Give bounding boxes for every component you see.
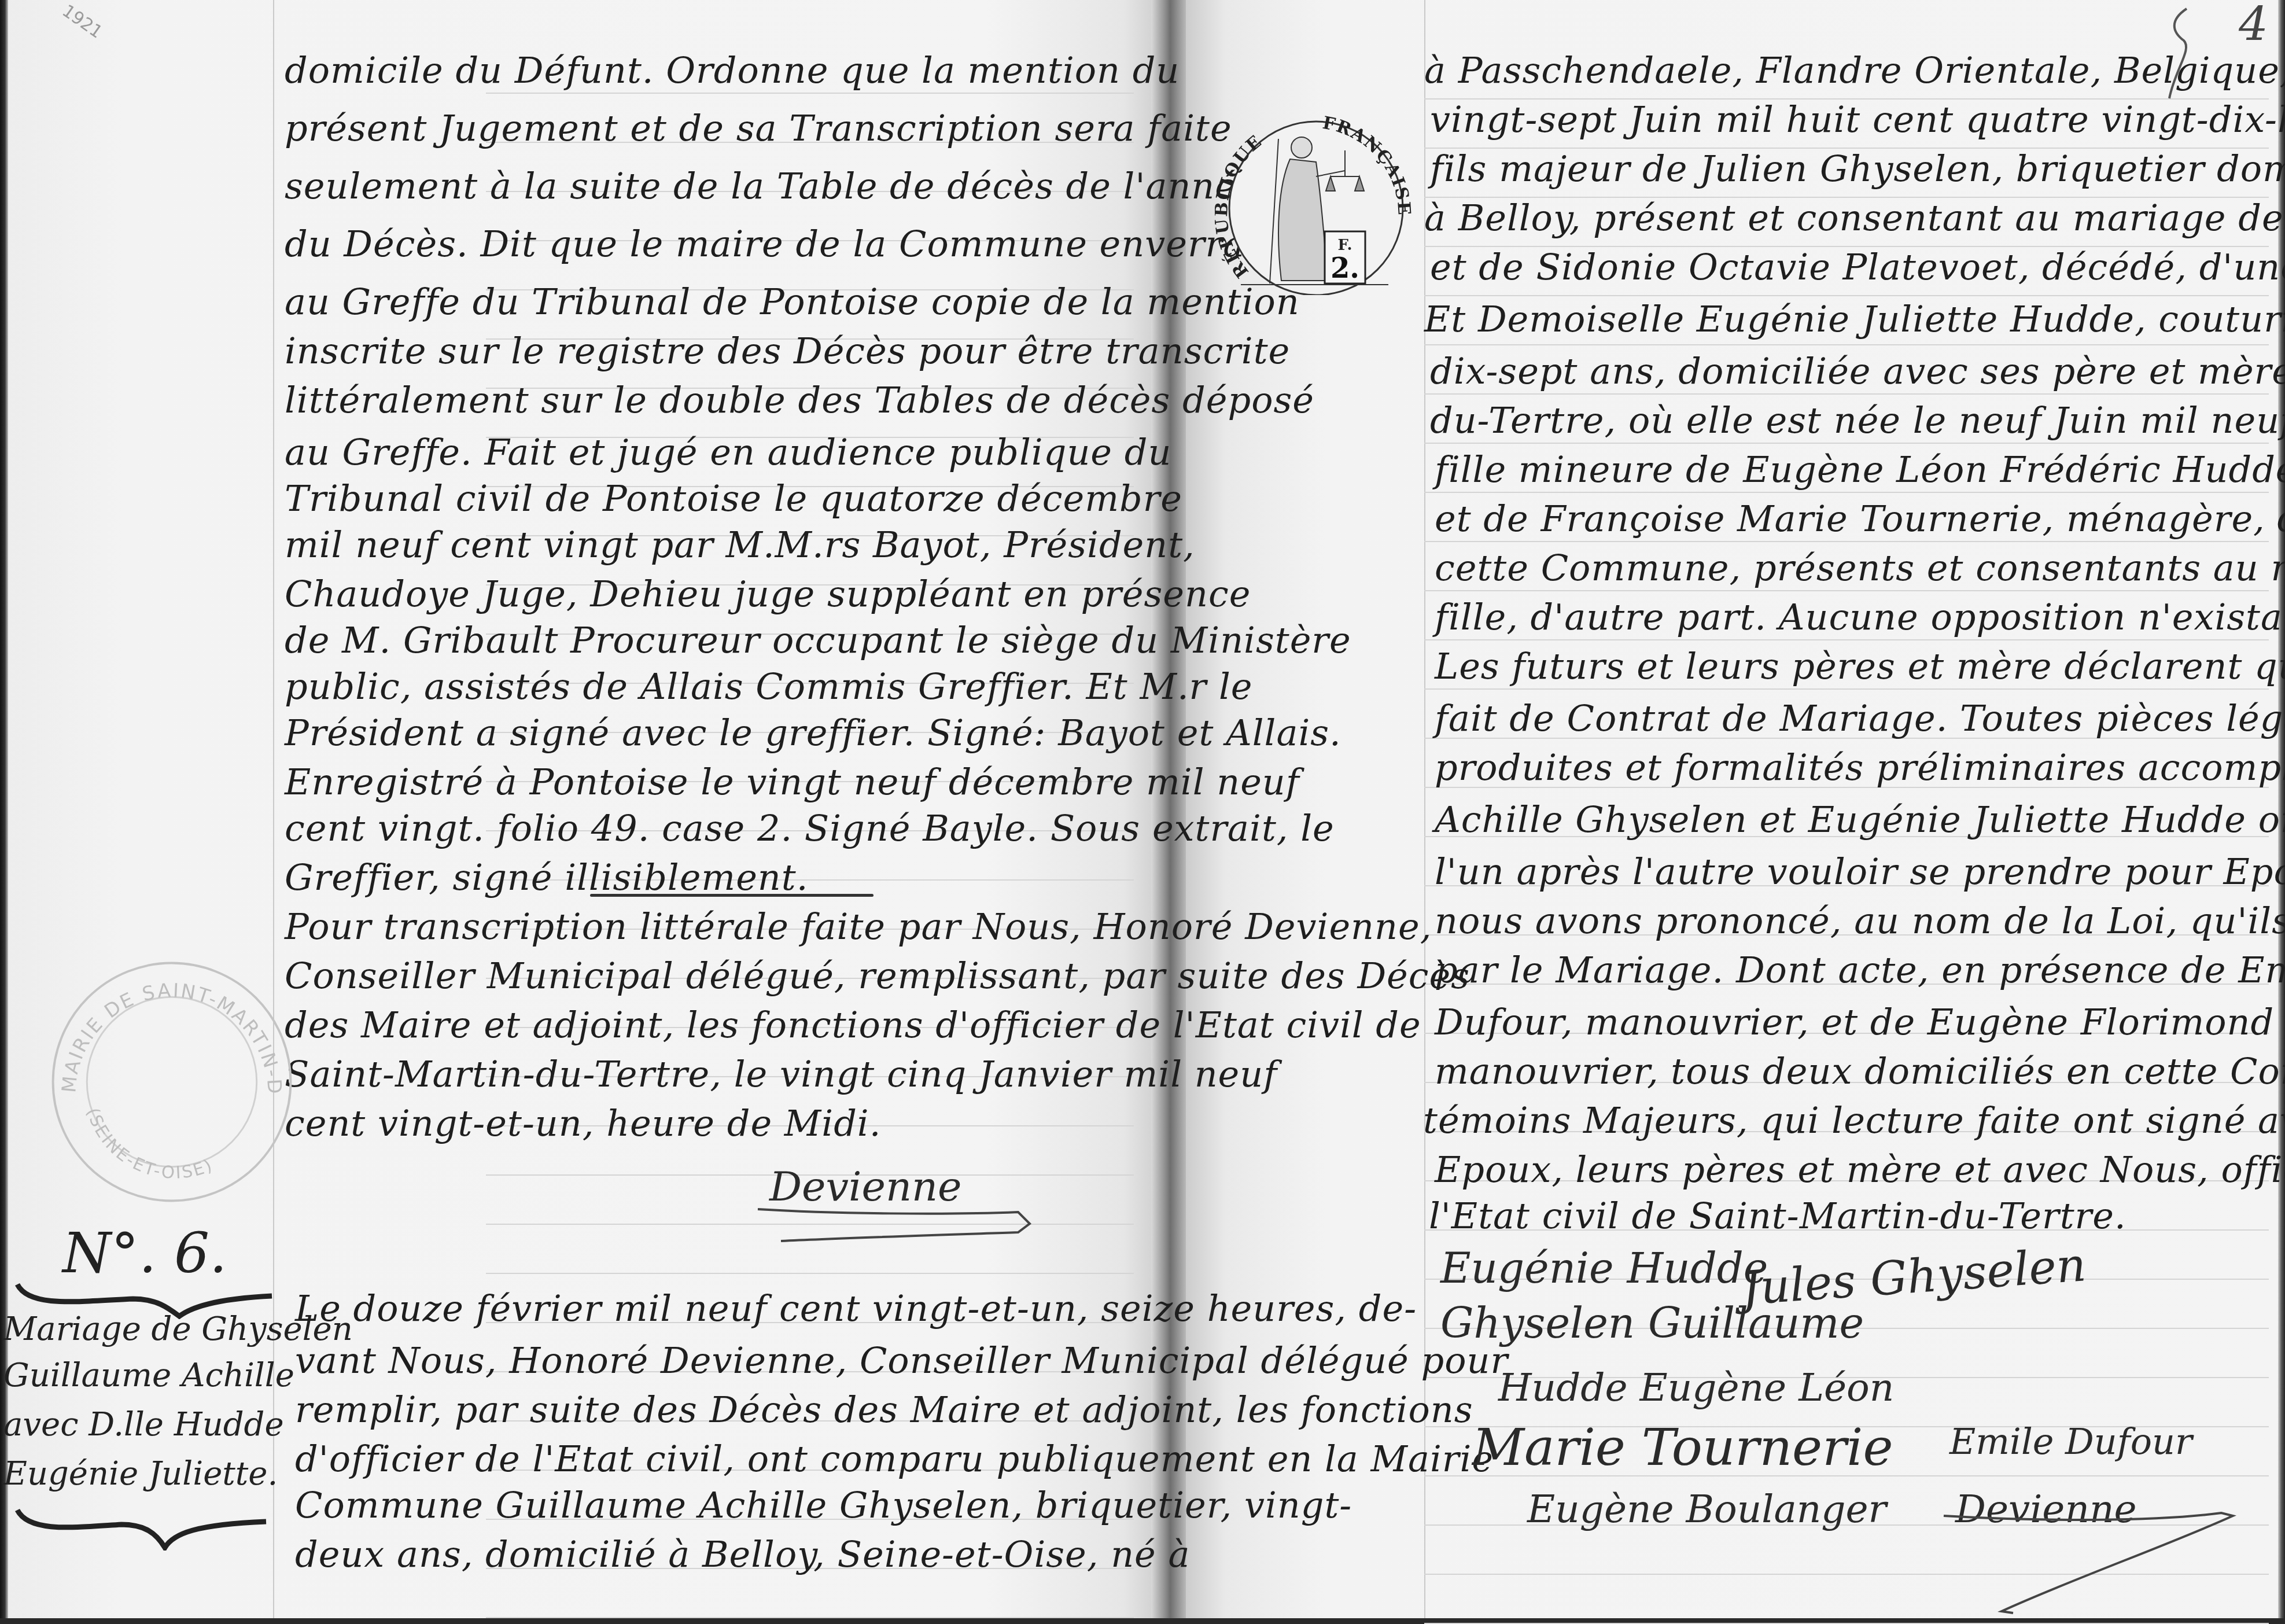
text-line: et de Sidonie Octavie Platevoet, décédé,… [1430, 246, 2285, 288]
text-line: au Greffe. Fait et jugé en audience publ… [285, 431, 1171, 473]
text-line: Et Demoiselle Eugénie Juliette Hudde, co… [1424, 298, 2285, 340]
ruled-line [1424, 639, 2269, 640]
page-number: 4 [2239, 0, 2268, 51]
text-line: à Belloy, présent et consentant au maria… [1424, 197, 2285, 239]
text-line: produites et formalités préliminaires ac… [1435, 746, 2285, 789]
text-line: et de Françoise Marie Tournerie, ménagèr… [1435, 498, 2285, 540]
officer-signature-flourish [1926, 1481, 2250, 1618]
mairie-stamp: MAIRIE DE SAINT-MARTIN-DU-TERTRE (SEINE-… [42, 949, 302, 1215]
text-line: vingt-sept Juin mil huit cent quatre vin… [1430, 98, 2285, 141]
svg-text:MAIRIE DE SAINT-MARTIN-DU-TERT: MAIRIE DE SAINT-MARTIN-DU-TERTRE [42, 949, 286, 1096]
margin-title-line: Guillaume Achille [3, 1357, 294, 1394]
text-line: l'Etat civil de Saint-Martin-du-Tertre. [1429, 1195, 2126, 1237]
signature-bride-mother: Marie Tournerie [1472, 1417, 1893, 1477]
ruled-line [1424, 590, 2269, 591]
signature-bride: Eugénie Hudde [1440, 1244, 1768, 1292]
act-line: d'officier de l'Etat civil, ont comparu … [295, 1438, 1494, 1480]
text-line: à Passchendaele, Flandre Orientale, Belg… [1424, 49, 2285, 91]
fiscal-stamp: RÉPUBLIQUE FRANÇAISE F. 2. [1215, 116, 1417, 295]
margin-title-flourish [6, 1498, 283, 1551]
svg-text:2.: 2. [1331, 252, 1359, 285]
text-line: témoins Majeurs, qui lecture faite ont s… [1423, 1099, 2285, 1141]
text-line: cent vingt. folio 49. case 2. Signé Bayl… [285, 807, 1335, 849]
transcription-line: Saint-Martin-du-Tertre, le vingt cinq Ja… [285, 1053, 1277, 1095]
text-line: nous avons prononcé, au nom de la Loi, q… [1435, 900, 2285, 942]
act-line: deux ans, domicilié à Belloy, Seine-et-O… [295, 1533, 1190, 1575]
text-line: public, assistés de Allais Commis Greffi… [285, 665, 1252, 708]
text-line: présent Jugement et de sa Transcription … [285, 107, 1232, 149]
signature-witness-boulanger: Eugène Boulanger [1527, 1487, 1886, 1531]
text-line: du-Tertre, où elle est née le neuf Juin … [1430, 399, 2285, 441]
text-line: domicile du Défunt. Ordonne que la menti… [285, 49, 1180, 91]
text-line: littéralement sur le double des Tables d… [285, 379, 1314, 421]
svg-text:(SEINE-ET-OISE): (SEINE-ET-OISE) [83, 1106, 216, 1183]
signature-flourish [746, 1192, 1047, 1244]
text-line: de M. Gribault Procureur occupant le siè… [285, 619, 1351, 661]
ruled-line [486, 93, 1134, 94]
text-line: Achille Ghyselen et Eugénie Juliette Hud… [1435, 798, 2285, 841]
text-line: cette Commune, présents et consentants a… [1435, 547, 2285, 589]
text-line: seulement à la suite de la Table de décè… [285, 165, 1259, 207]
text-line: dix-sept ans, domiciliée avec ses père e… [1430, 350, 2285, 392]
ruled-line [1424, 688, 2269, 690]
transcription-line: Pour transcription littérale faite par N… [285, 905, 1432, 948]
margin-title-line: avec D.lle Hudde [3, 1406, 284, 1443]
register-book: 1921 domicile du Défunt. Ordonne que la … [0, 0, 2285, 1618]
act-line: vant Nous, Honoré Devienne, Conseiller M… [295, 1339, 1508, 1382]
text-line: Tribunal civil de Pontoise le quatorze d… [285, 477, 1182, 520]
text-line: fille mineure de Eugène Léon Frédéric Hu… [1435, 448, 2285, 491]
ruled-line [1424, 295, 2269, 296]
act-line: remplir, par suite des Décès des Maire e… [295, 1389, 1473, 1431]
ruled-line [1424, 541, 2269, 542]
text-line: mil neuf cent vingt par M.M.rs Bayot, Pr… [285, 524, 1195, 566]
margin-title-line: Eugénie Juliette. [3, 1455, 278, 1493]
signature-bride-father: Hudde Eugène Léon [1498, 1365, 1894, 1410]
transcription-line: Conseiller Municipal délégué, remplissan… [285, 955, 1470, 997]
archive-mark: 1921 [58, 1, 106, 42]
ruled-line [1424, 344, 2269, 345]
ruled-line [486, 1273, 1134, 1274]
ruled-line [1424, 492, 2269, 493]
transcription-line: cent vingt-et-un, heure de Midi. [285, 1102, 881, 1144]
text-line: manouvrier, tous deux domiciliés en cett… [1435, 1050, 2285, 1092]
text-line: Président a signé avec le greffier. Sign… [285, 712, 1341, 754]
text-line: Greffier, signé illisiblement. [285, 856, 808, 898]
ruled-line [1424, 393, 2269, 395]
text-line: au Greffe du Tribunal de Pontoise copie … [285, 281, 1300, 323]
ruled-line [1424, 443, 2269, 444]
text-line: fille, d'autre part. Aucune opposition n… [1435, 596, 2285, 638]
signature-witness-dufour: Emile Dufour [1949, 1420, 2192, 1463]
signature-groom: Ghyselen Guillaume [1440, 1299, 1864, 1347]
text-line: par le Mariage. Dont acte, en présence d… [1435, 949, 2285, 991]
transcription-line: des Maire et adjoint, les fonctions d'of… [285, 1004, 1421, 1046]
text-line: Epoux, leurs pères et mère et avec Nous,… [1435, 1148, 2285, 1191]
text-line: du Décès. Dit que le maire de la Commune… [285, 223, 1245, 265]
act-line: Le douze février mil neuf cent vingt-et-… [295, 1287, 1417, 1330]
text-line: l'un après l'autre vouloir se prendre po… [1435, 850, 2285, 893]
text-line: Chaudoye Juge, Dehieu juge suppléant en … [285, 573, 1251, 615]
text-line: Les futurs et leurs pères et mère déclar… [1435, 645, 2285, 687]
text-line: fait de Contrat de Mariage. Toutes pièce… [1435, 697, 2285, 739]
text-line: Enregistré à Pontoise le vingt neuf déce… [285, 761, 1300, 803]
line-filler-stroke [590, 894, 874, 897]
text-line: fils majeur de Julien Ghyselen, briqueti… [1430, 148, 2285, 190]
text-line: inscrite sur le registre des Décès pour … [285, 330, 1290, 372]
svg-text:F.: F. [1338, 237, 1352, 254]
text-line: Dufour, manouvrier, et de Eugène Florimo… [1435, 1001, 2285, 1043]
act-line: Commune Guillaume Achille Ghyselen, briq… [295, 1484, 1352, 1526]
